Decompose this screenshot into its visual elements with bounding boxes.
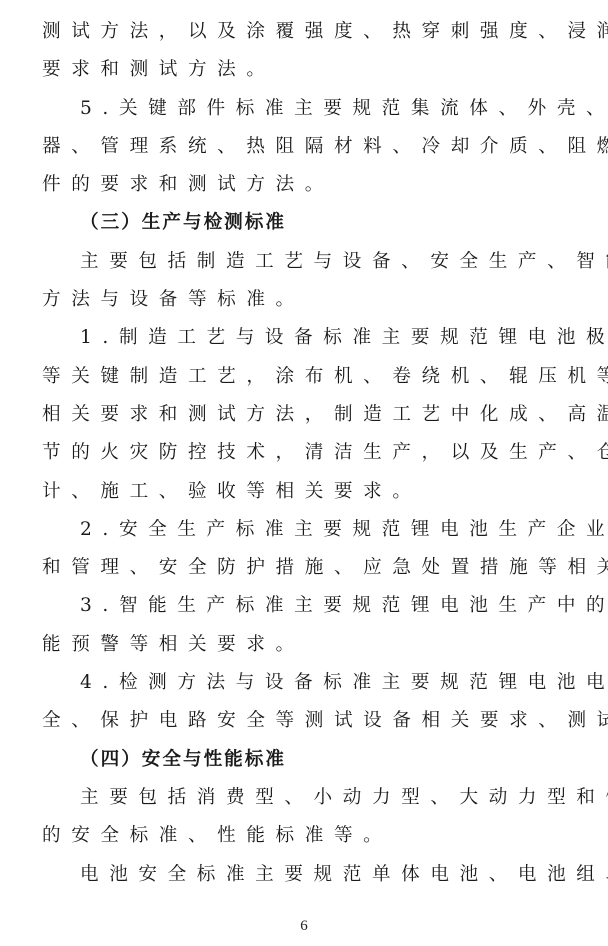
paragraph-line: 主要包括消费型、小动力型、大动力型和储能型锂电池 [42,779,572,817]
paragraph-line: 测试方法，以及涂覆强度、热穿刺强度、浸润性等关键指标 [42,13,572,51]
document-body: 测试方法，以及涂覆强度、热穿刺强度、浸润性等关键指标 要求和测试方法。 5.关键… [42,13,572,894]
page-number: 6 [0,918,608,935]
paragraph-line: 5.关键部件标准主要规范集流体、外壳、极耳、热保护 [42,90,572,128]
paragraph-line: 全、保护电路安全等测试设备相关要求、测试和校准方法。 [42,702,572,740]
paragraph-line: 3.智能生产标准主要规范锂电池生产中的智能管理、智 [42,587,572,625]
paragraph-line: 件的要求和测试方法。 [42,166,572,204]
paragraph-line: 2.安全生产标准主要规范锂电池生产企业安全生产技术 [42,511,572,549]
paragraph-line: 方法与设备等标准。 [42,281,572,319]
paragraph-line: 等关键制造工艺，涂布机、卷绕机、辊压机等关键制造设备 [42,358,572,396]
paragraph-line: 计、施工、验收等相关要求。 [42,473,572,511]
paragraph-line: 能预警等相关要求。 [42,626,572,664]
paragraph-line: 的安全标准、性能标准等。 [42,817,572,855]
section-heading: （四）安全与性能标准 [42,741,572,779]
paragraph-line: 4.检测方法与设备标准主要规范锂电池电安全、环境安 [42,664,572,702]
paragraph-line: 和管理、安全防护措施、应急处置措施等相关要求。 [42,549,572,587]
paragraph-line: 主要包括制造工艺与设备、安全生产、智能生产、检测 [42,243,572,281]
paragraph-line: 器、管理系统、热阻隔材料、冷却介质、阻燃材料等关键部 [42,128,572,166]
paragraph-line: 相关要求和测试方法，制造工艺中化成、高温老化等工艺环 [42,396,572,434]
section-heading: （三）生产与检测标准 [42,204,572,242]
paragraph-line: 节的火灾防控技术，清洁生产，以及生产、仓储企业消防设 [42,434,572,472]
paragraph-line: 电池安全标准主要规范单体电池、电池组、电池管理系 [42,856,572,894]
paragraph-line: 要求和测试方法。 [42,51,572,89]
paragraph-line: 1.制造工艺与设备标准主要规范锂电池极片涂覆、卷绕 [42,319,572,357]
